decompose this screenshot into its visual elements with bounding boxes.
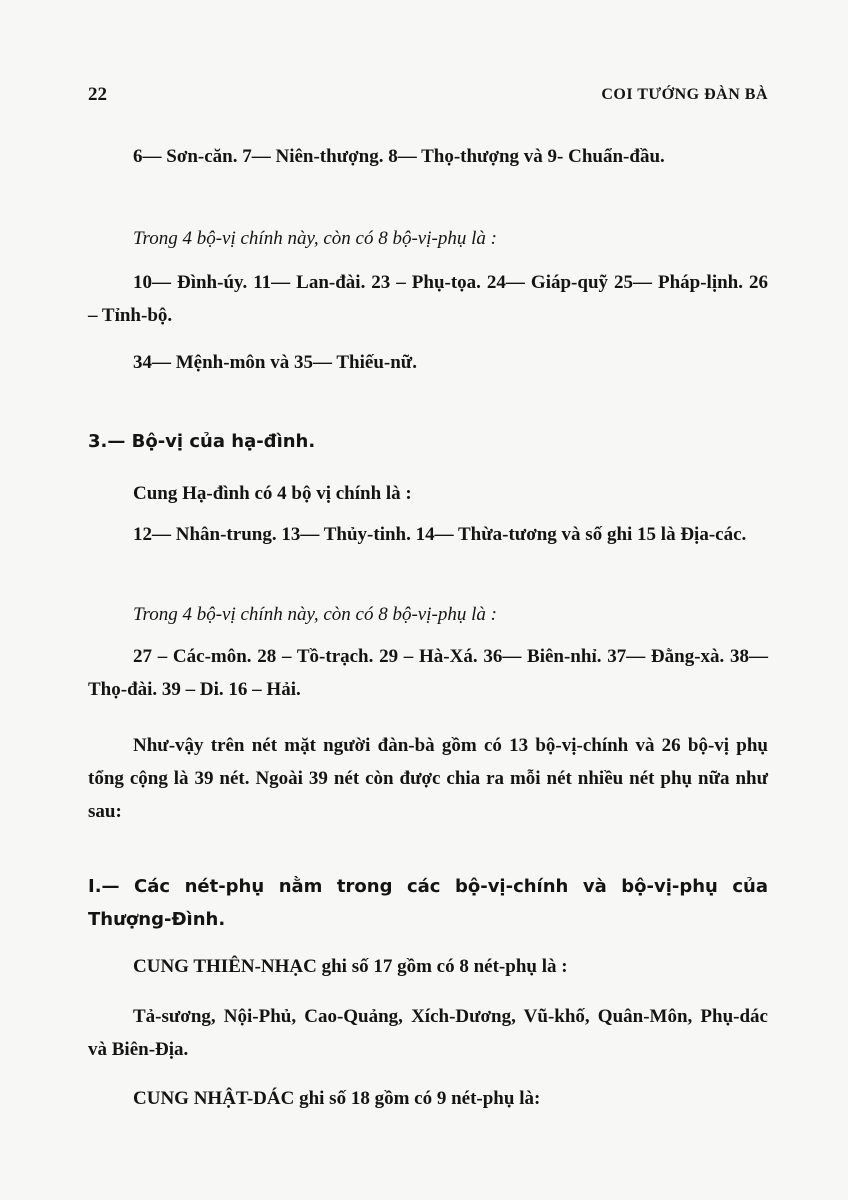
paragraph-list-6: Tả-sương, Nội-Phủ, Cao-Quảng, Xích-Dương… [88, 1000, 768, 1066]
paragraph-italic-intro-1: Trong 4 bộ-vị chính này, còn có 8 bộ-vị-… [88, 222, 768, 255]
paragraph-list-5: 27 – Các-môn. 28 – Tồ-trạch. 29 – Hà-Xá.… [88, 640, 768, 706]
paragraph-cung-nhat-dac: CUNG NHẬT-DÁC ghi số 18 gồm có 9 nét-phụ… [88, 1082, 768, 1115]
section-heading-3: 3.— Bộ-vị của hạ-đình. [88, 425, 768, 458]
paragraph-list-1: 6— Sơn-căn. 7— Niên-thượng. 8— Thọ-thượn… [88, 140, 768, 173]
paragraph-cung-thien-nhac: CUNG THIÊN-NHẠC ghi số 17 gồm có 8 nét-p… [88, 950, 768, 983]
paragraph-italic-intro-2: Trong 4 bộ-vị chính này, còn có 8 bộ-vị-… [88, 598, 768, 631]
running-title: COI TƯỚNG ĐÀN BÀ [601, 86, 768, 104]
paragraph-list-4: 12— Nhân-trung. 13— Thủy-tinh. 14— Thừa-… [88, 518, 768, 551]
paragraph-list-3: 34— Mệnh-môn và 35— Thiếu-nữ. [88, 346, 768, 379]
paragraph-summary: Như-vậy trên nét mặt người đàn-bà gồm có… [88, 729, 768, 828]
page-number: 22 [88, 84, 107, 106]
paragraph-list-2: 10— Đình-úy. 11— Lan-đài. 23 – Phụ-tọa. … [88, 266, 768, 332]
section-heading-I: I.— Các nét-phụ nằm trong các bộ-vị-chín… [88, 870, 768, 936]
paragraph-intro-ha-dinh: Cung Hạ-đình có 4 bộ vị chính là : [88, 477, 768, 510]
book-page: 22 COI TƯỚNG ĐÀN BÀ 6— Sơn-căn. 7— Niên-… [0, 0, 848, 1200]
page-header: 22 COI TƯỚNG ĐÀN BÀ [88, 84, 768, 108]
